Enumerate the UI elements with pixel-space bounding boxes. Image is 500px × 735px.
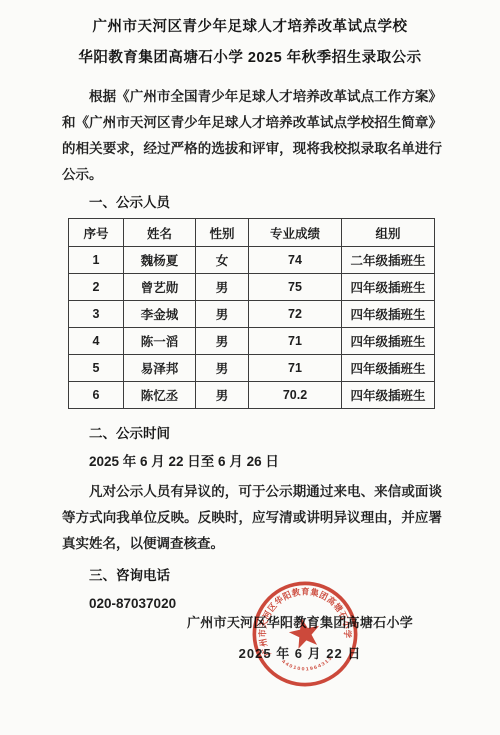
- cell-gender: 男: [196, 382, 249, 409]
- seal-arc-text: 广州市天河区华阳教育集团高塘石小学: [247, 577, 355, 659]
- section-2-heading: 二、公示时间: [62, 422, 442, 446]
- publicity-period: 2025 年 6 月 22 日至 6 月 26 日: [62, 450, 442, 474]
- seal-star-icon: [287, 615, 323, 650]
- table-row: 1 魏杨夏 女 74 二年级插班生: [69, 247, 435, 274]
- svg-text:广州市天河区华阳教育集团高塘石小学: 广州市天河区华阳教育集团高塘石小学: [247, 577, 355, 659]
- cell-name: 陈忆丞: [124, 382, 196, 409]
- svg-text:4401001964313: 4401001964313: [280, 649, 335, 677]
- cell-index: 2: [69, 274, 124, 301]
- cell-index: 4: [69, 328, 124, 355]
- table-row: 4 陈一滔 男 71 四年级插班生: [69, 328, 435, 355]
- cell-score: 71: [249, 328, 342, 355]
- cell-score: 75: [249, 274, 342, 301]
- cell-name: 魏杨夏: [124, 247, 196, 274]
- header-cell-gender: 性别: [196, 219, 249, 247]
- title-line-1: 广州市天河区青少年足球人才培养改革试点学校: [0, 16, 500, 38]
- announcement-document: 广州市天河区青少年足球人才培养改革试点学校 华阳教育集团高塘石小学 2025 年…: [0, 0, 500, 735]
- objection-paragraph: 凡对公示人员有异议的，可于公示期通过来电、来信或面谈等方式向我单位反映。反映时，…: [62, 479, 442, 557]
- cell-group: 四年级插班生: [342, 274, 435, 301]
- intro-paragraph: 根据《广州市全国青少年足球人才培养改革试点工作方案》和《广州市天河区青少年足球人…: [62, 84, 442, 188]
- header-cell-name: 姓名: [124, 219, 196, 247]
- cell-gender: 男: [196, 301, 249, 328]
- cell-group: 四年级插班生: [342, 382, 435, 409]
- cell-group: 四年级插班生: [342, 301, 435, 328]
- cell-group: 二年级插班生: [342, 247, 435, 274]
- cell-group: 四年级插班生: [342, 355, 435, 382]
- title-line-2: 华阳教育集团高塘石小学 2025 年秋季招生录取公示: [0, 47, 500, 69]
- table-row: 3 李金城 男 72 四年级插班生: [69, 301, 435, 328]
- table-row: 2 曾艺勋 男 75 四年级插班生: [69, 274, 435, 301]
- table-row: 5 易泽邦 男 71 四年级插班生: [69, 355, 435, 382]
- section-1-heading: 一、公示人员: [62, 191, 442, 215]
- official-seal: 广州市天河区华阳教育集团高塘石小学 4401001964313: [224, 553, 386, 715]
- cell-score: 70.2: [249, 382, 342, 409]
- cell-gender: 男: [196, 328, 249, 355]
- cell-name: 曾艺勋: [124, 274, 196, 301]
- table-row: 6 陈忆丞 男 70.2 四年级插班生: [69, 382, 435, 409]
- cell-name: 易泽邦: [124, 355, 196, 382]
- header-cell-group: 组别: [342, 219, 435, 247]
- header-cell-index: 序号: [69, 219, 124, 247]
- cell-name: 李金城: [124, 301, 196, 328]
- cell-group: 四年级插班生: [342, 328, 435, 355]
- cell-score: 72: [249, 301, 342, 328]
- cell-gender: 女: [196, 247, 249, 274]
- cell-index: 6: [69, 382, 124, 409]
- header-cell-score: 专业成绩: [249, 219, 342, 247]
- cell-index: 3: [69, 301, 124, 328]
- seal-code: 4401001964313: [280, 649, 335, 677]
- table-header-row: 序号 姓名 性别 专业成绩 组别: [69, 219, 435, 247]
- cell-index: 5: [69, 355, 124, 382]
- admission-table: 序号 姓名 性别 专业成绩 组别 1 魏杨夏 女 74 二年级插班生 2 曾艺勋…: [68, 218, 435, 409]
- cell-gender: 男: [196, 355, 249, 382]
- cell-index: 1: [69, 247, 124, 274]
- cell-score: 71: [249, 355, 342, 382]
- cell-gender: 男: [196, 274, 249, 301]
- cell-score: 74: [249, 247, 342, 274]
- cell-name: 陈一滔: [124, 328, 196, 355]
